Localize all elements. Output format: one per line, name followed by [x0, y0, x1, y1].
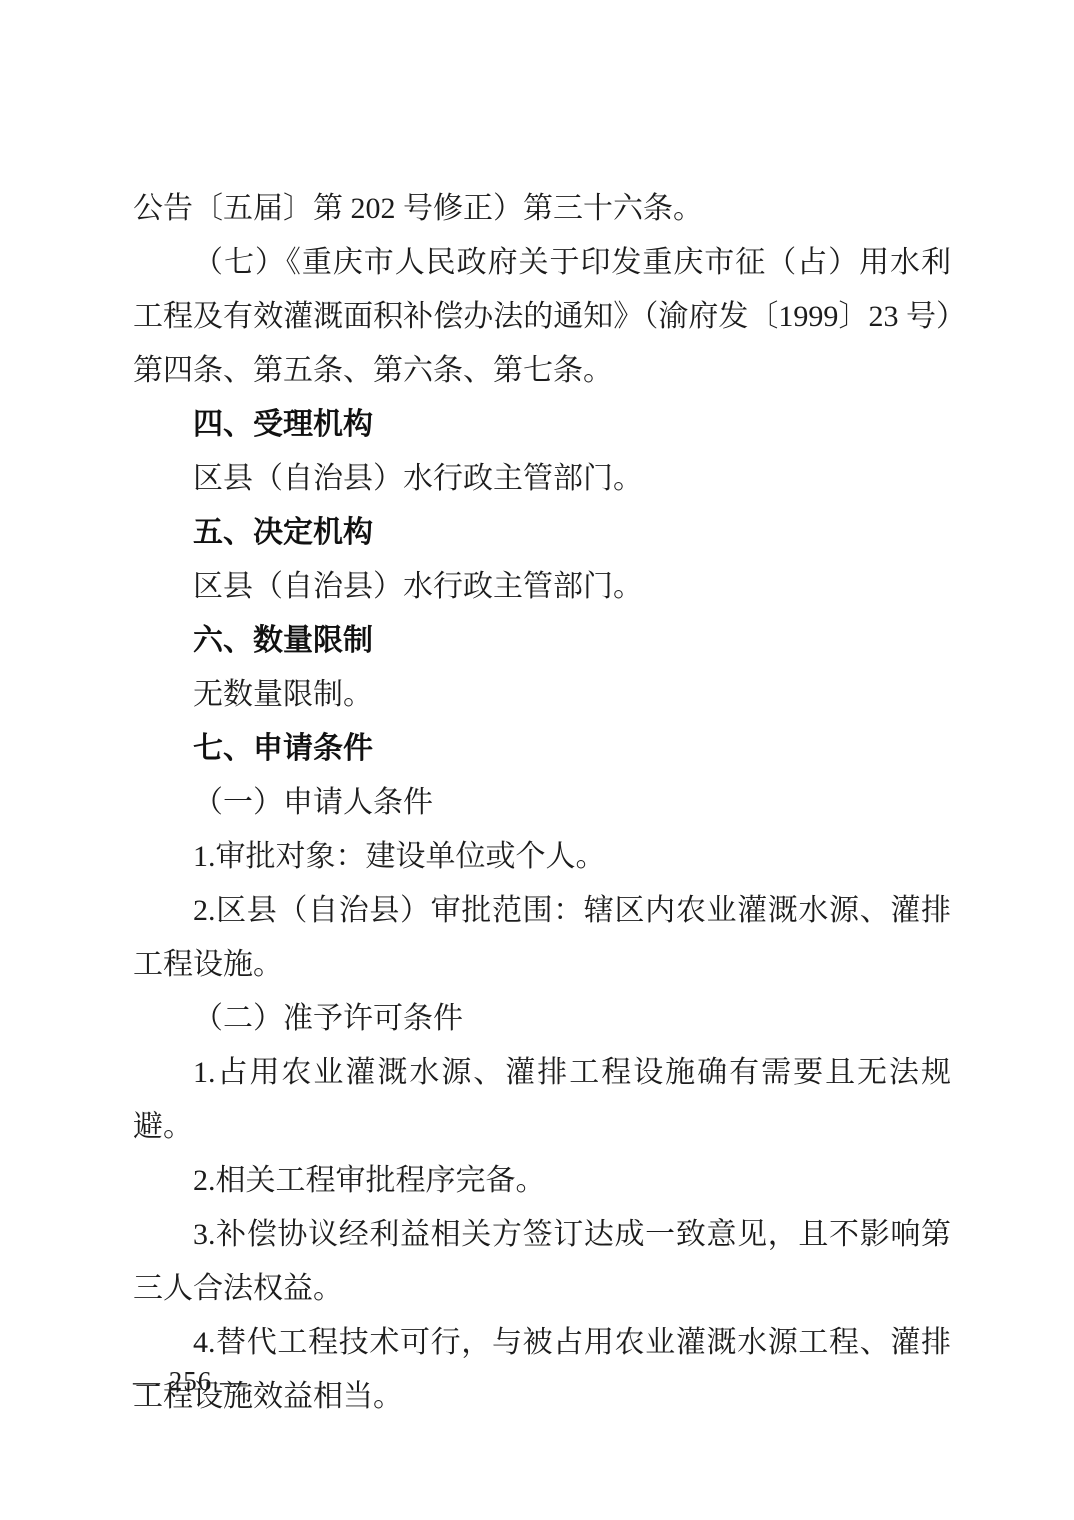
- section-heading-application-conditions: 七、申请条件: [133, 722, 951, 776]
- paragraph-permit-condition-3: 3.补偿协议经利益相关方签订达成一致意见，且不影响第三人合法权益。: [133, 1208, 951, 1316]
- paragraph-permit-condition-4: 4.替代工程技术可行，与被占用农业灌溉水源工程、灌排工程设施效益相当。: [133, 1316, 951, 1424]
- page-footer: — 256 —: [133, 1364, 248, 1398]
- document-page: 公告〔五届〕第 202 号修正）第三十六条。 （七）《重庆市人民政府关于印发重庆…: [0, 0, 1074, 1520]
- section-heading-quantity-limit: 六、数量限制: [133, 614, 951, 668]
- paragraph-permit-condition-1: 1.占用农业灌溉水源、灌排工程设施确有需要且无法规避。: [133, 1046, 951, 1154]
- paragraph-applicant-conditions-title: （一）申请人条件: [133, 776, 951, 830]
- paragraph-applicant-condition-2: 2.区县（自治县）审批范围：辖区内农业灌溉水源、灌排工程设施。: [133, 884, 951, 992]
- paragraph-permit-conditions-title: （二）准予许可条件: [133, 992, 951, 1046]
- section-heading-acceptance-authority: 四、受理机构: [133, 398, 951, 452]
- paragraph-decision-authority: 区县（自治县）水行政主管部门。: [133, 560, 951, 614]
- paragraph-continuation-legal-basis: 公告〔五届〕第 202 号修正）第三十六条。: [133, 182, 951, 236]
- paragraph-applicant-condition-1: 1.审批对象：建设单位或个人。: [133, 830, 951, 884]
- paragraph-permit-condition-2: 2.相关工程审批程序完备。: [133, 1154, 951, 1208]
- section-heading-decision-authority: 五、决定机构: [133, 506, 951, 560]
- page-number: — 256 —: [133, 1366, 248, 1396]
- paragraph-quantity-limit: 无数量限制。: [133, 668, 951, 722]
- paragraph-acceptance-authority: 区县（自治县）水行政主管部门。: [133, 452, 951, 506]
- document-body: 公告〔五届〕第 202 号修正）第三十六条。 （七）《重庆市人民政府关于印发重庆…: [133, 182, 951, 1424]
- paragraph-legal-basis-item-7: （七）《重庆市人民政府关于印发重庆市征（占）用水利工程及有效灌溉面积补偿办法的通…: [133, 236, 951, 398]
